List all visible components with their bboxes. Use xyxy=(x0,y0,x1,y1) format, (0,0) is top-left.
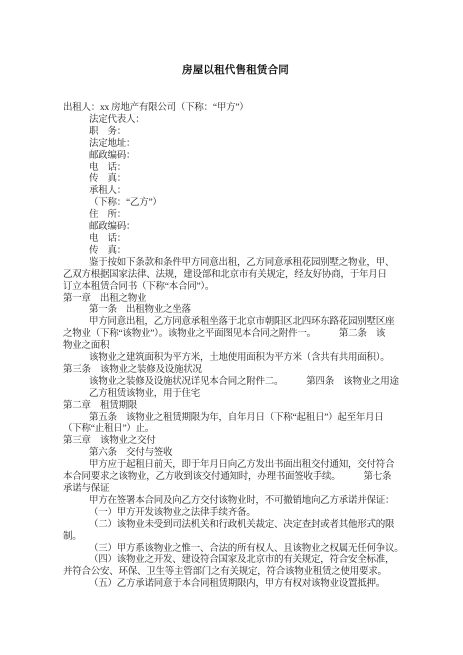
document-line: 传 真： xyxy=(63,174,408,186)
document-line: 住 所： xyxy=(63,210,408,222)
document-line: 第六条 交付与签收 xyxy=(63,448,408,460)
document-line: 乙双方根据国家法律、法规，建设部和北京市有关规定，经友好协商，于年月日 xyxy=(63,270,408,282)
document-line: 并符合公安、环保、卫生等主管部门之有关规定，符合该物业租赁之使用要求。 xyxy=(63,567,408,579)
document-line: 法定代表人： xyxy=(63,115,408,127)
document-line: （四）该物业之开发、建设符合国家及北京市的有关规定，符合安全标准， xyxy=(63,555,408,567)
document-line: 该物业之装修及设施状况详见本合同之附件二。 第四条 该物业之用途 xyxy=(63,377,408,389)
document-line: （二）该物业未受到司法机关和行政机关裁定、决定查封或者其他形式的限 xyxy=(63,520,408,532)
document-content: 房屋以租代售租赁合同 出租人：xx 房地产有限公司（下称：“甲方”）法定代表人：… xyxy=(63,64,408,591)
document-line: 制。 xyxy=(63,532,408,544)
document-line: 鉴于按如下条款和条件甲方同意出租，乙方同意承租花园别墅之物业，甲、 xyxy=(63,258,408,270)
document-line: 第二章 租赁期限 xyxy=(63,401,408,413)
document-line: 第三条 该物业之装修及设施状况 xyxy=(63,365,408,377)
document-line: （五）乙方承诺同意于本合同租赁期限内，甲方有权对该物业设置抵押。 xyxy=(63,579,408,591)
document-line: 电 话： xyxy=(63,163,408,175)
document-line: 第一章 出租之物业 xyxy=(63,294,408,306)
document-line: 甲方同意出租，乙方同意承租坐落于北京市朝阳区北四环东路花园别墅区座 xyxy=(63,317,408,329)
document-line: 承诺与保证 xyxy=(63,484,408,496)
document-line: 第五条 该物业之租赁期限为年，自年月日（下称“起租日”）起至年月日 xyxy=(63,413,408,425)
document-line: （三）甲方系该物业之惟一、合法的所有权人、且该物业之权属无任何争议。 xyxy=(63,544,408,556)
document-line: 电 话： xyxy=(63,234,408,246)
document-line: 本合同要求之该物业，乙方收到该交付通知时，办理书面签收手续。 第七条 xyxy=(63,472,408,484)
document-line: 传 真： xyxy=(63,246,408,258)
document-line: 之物业（下称“该物业”）。该物业之平面图见本合同之附件一。 第二条 该 xyxy=(63,329,408,341)
document-line: 职 务： xyxy=(63,127,408,139)
document-title: 房屋以租代售租赁合同 xyxy=(63,64,408,77)
document-line: 甲方在签署本合同及向乙方交付该物业时，不可撤销地向乙方承诺并保证： xyxy=(63,496,408,508)
document-lines: 出租人：xx 房地产有限公司（下称：“甲方”）法定代表人：职 务：法定地址：邮政… xyxy=(63,103,408,591)
document-line: 邮政编码： xyxy=(63,222,408,234)
document-line: （下称：“乙方”） xyxy=(63,198,408,210)
document-line: 邮政编码： xyxy=(63,151,408,163)
document-line: （一）甲方开发该物业之法律手续齐备。 xyxy=(63,508,408,520)
document-line: 第三章 该物业之交付 xyxy=(63,436,408,448)
document-line: 物业之面积 xyxy=(63,341,408,353)
document-line: 出租人：xx 房地产有限公司（下称：“甲方”） xyxy=(63,103,408,115)
document-line: 法定地址： xyxy=(63,139,408,151)
document-line: 订立本租赁合同书（下称“本合同”）。 xyxy=(63,282,408,294)
document-line: 乙方租赁该物业，用于住宅 xyxy=(63,389,408,401)
document-line: 承租人： xyxy=(63,186,408,198)
document-line: （下称“止租日”）止。 xyxy=(63,424,408,436)
document-page: 房屋以租代售租赁合同 出租人：xx 房地产有限公司（下称：“甲方”）法定代表人：… xyxy=(0,0,463,655)
document-line: 该物业之建筑面积为平方米，土地使用面积为平方米（含共有共用面积）。 xyxy=(63,353,408,365)
document-line: 第一条 出租物业之坐落 xyxy=(63,305,408,317)
document-line: 甲方应于起租日前天，即于年月日向乙方发出书面出租交付通知，交付符合 xyxy=(63,460,408,472)
